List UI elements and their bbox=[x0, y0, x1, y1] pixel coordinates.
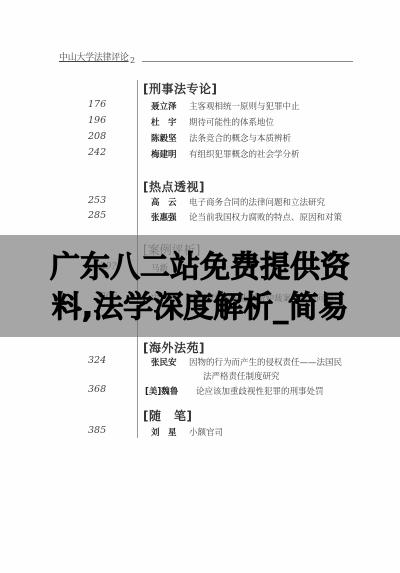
entry-title: 电子商务合同的法律问题和立法研究 bbox=[189, 196, 325, 208]
entry-page: 385 bbox=[88, 425, 124, 436]
toc-entry[interactable]: 285 张惠强 论当前我国权力腐败的特点、原因和对策 bbox=[0, 211, 400, 225]
entry-title-continuation: 法严格责任制度研究 bbox=[203, 370, 280, 382]
document-page: 中山大学法律评论 2 [刑事法专论] 176 聂立泽 主客观相统一原则与犯罪中止… bbox=[0, 0, 400, 573]
entry-author: 梅建明 bbox=[151, 148, 177, 160]
toc-entry[interactable]: 324 张民安 因物的行为而产生的侵权责任——法国民 bbox=[0, 356, 400, 370]
entry-page: 196 bbox=[88, 115, 124, 126]
toc-entry[interactable]: 196 杜 宇 期待可能性的体系地位 bbox=[0, 116, 400, 130]
entry-title: 论应该加重歧视性犯罪的刑事处罚 bbox=[196, 385, 324, 397]
entry-title: 期待可能性的体系地位 bbox=[189, 116, 274, 128]
entry-page: 242 bbox=[88, 147, 124, 158]
entry-page: 324 bbox=[88, 355, 124, 366]
entry-author: 张民安 bbox=[151, 356, 177, 368]
entry-author: 陈毅坚 bbox=[151, 132, 177, 144]
section-title-criminal-law: [刑事法专论] bbox=[143, 80, 217, 97]
entry-page: 368 bbox=[88, 384, 124, 395]
entry-page: 253 bbox=[88, 195, 124, 206]
entry-author: 高 云 bbox=[151, 196, 177, 208]
entry-title: 论当前我国权力腐败的特点、原因和对策 bbox=[189, 211, 342, 223]
entry-title: 小额官司 bbox=[189, 426, 223, 438]
entry-author: 张惠强 bbox=[151, 211, 177, 223]
entry-author: 刘 星 bbox=[151, 426, 177, 438]
entry-page: 208 bbox=[88, 131, 124, 142]
journal-title: 中山大学法律评论 bbox=[59, 50, 129, 63]
watermark-headline-line1: 广东八二站免费提供资 bbox=[0, 248, 400, 288]
toc-entry[interactable]: 253 高 云 电子商务合同的法律问题和立法研究 bbox=[0, 196, 400, 210]
toc-entry[interactable]: 368 [美]魏鲁 论应该加重歧视性犯罪的刑事处罚 bbox=[0, 385, 400, 399]
entry-author: [美]魏鲁 bbox=[145, 385, 178, 397]
entry-title: 有组织犯罪概念的社会学分析 bbox=[189, 148, 300, 160]
toc-entry[interactable]: 242 梅建明 有组织犯罪概念的社会学分析 bbox=[0, 148, 400, 162]
section-title-hot-topics: [热点透视] bbox=[143, 178, 205, 195]
entry-page: 176 bbox=[88, 99, 124, 110]
watermark-headline-line2: 料,法学深度解析_简易 bbox=[0, 288, 400, 328]
toc-entry[interactable]: 176 聂立泽 主客观相统一原则与犯罪中止 bbox=[0, 100, 400, 114]
entry-title: 因物的行为而产生的侵权责任——法国民 bbox=[189, 356, 342, 368]
toc-entry[interactable]: 385 刘 星 小额官司 bbox=[0, 426, 400, 440]
entry-author: 杜 宇 bbox=[151, 116, 177, 128]
entry-title: 主客观相统一原则与犯罪中止 bbox=[189, 100, 300, 112]
toc-entry-continuation: 法严格责任制度研究 bbox=[0, 370, 400, 384]
toc-entry[interactable]: 208 陈毅坚 法条竞合的概念与本质辨析 bbox=[0, 132, 400, 146]
entry-page: 285 bbox=[88, 210, 124, 221]
entry-title: 法条竞合的概念与本质辨析 bbox=[189, 132, 291, 144]
page-number: 2 bbox=[130, 56, 135, 65]
entry-author: 聂立泽 bbox=[151, 100, 177, 112]
section-title-foreign-law: [海外法苑] bbox=[143, 339, 205, 356]
section-title-essays: [随 笔] bbox=[143, 407, 192, 424]
header-rule bbox=[142, 61, 353, 62]
